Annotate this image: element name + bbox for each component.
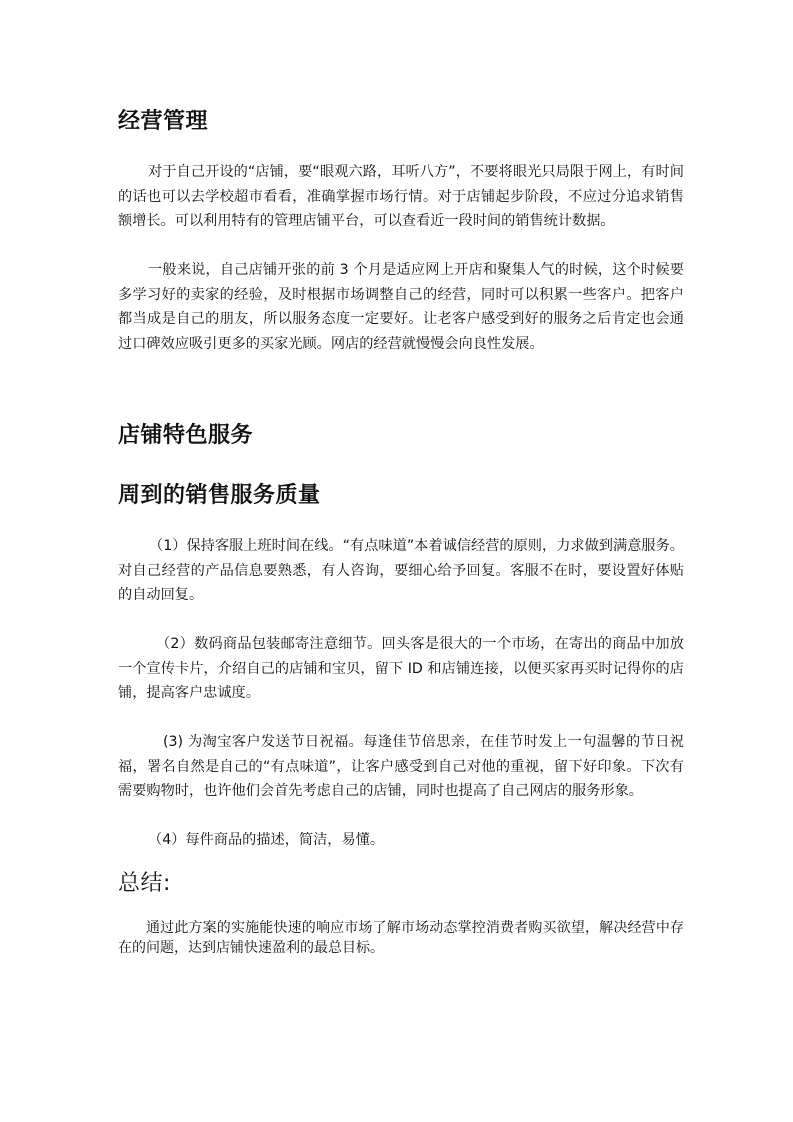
heading-service-quality: 周到的销售服务质量 (118, 478, 321, 509)
paragraph-management-1: 对于自己开设的“店铺，要“眼观六路，耳听八方”，不要将眼光只局限于网上，有时间的… (118, 160, 684, 234)
list-item-service-2: （2）数码商品包装邮寄注意细节。回头客是很大的一个市场，在寄出的商品中加放一个宣… (118, 632, 684, 706)
list-item-service-1: （1）保持客服上班时间在线。“有点味道”本着诚信经营的原则，力求做到满意服务。对… (118, 534, 684, 608)
heading-management: 经营管理 (118, 104, 208, 135)
paragraph-summary: 通过此方案的实施能快速的响应市场了解市场动态掌控消费者购买欲望，解决经营中存在的… (118, 918, 684, 958)
paragraph-management-2: 一般来说，自己店铺开张的前 3 个月是适应网上开店和聚集人气的时候，这个时候要多… (118, 258, 684, 356)
document-page: 经营管理 对于自己开设的“店铺，要“眼观六路，耳听八方”，不要将眼光只局限于网上… (0, 0, 793, 1122)
list-item-service-3: (3) 为淘宝客户发送节日祝福。每逢佳节倍思亲，在佳节时发上一句温馨的节日祝福，… (118, 730, 684, 804)
heading-features: 店铺特色服务 (118, 418, 253, 449)
heading-summary: 总结: (118, 866, 171, 897)
list-item-service-4: （4）每件商品的描述，简洁，易懂。 (118, 828, 684, 853)
